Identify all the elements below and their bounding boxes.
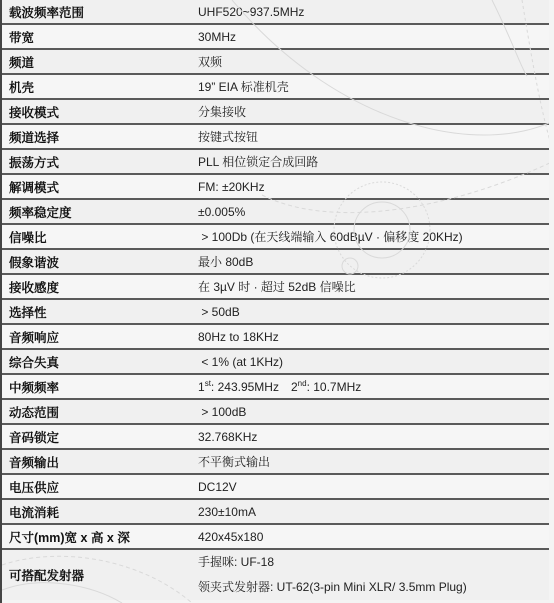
if-first-number: 1 [198,380,205,394]
spec-row-if-frequency: 中频频率 1st: 243.95MHz2nd: 10.7MHz [2,375,549,400]
spec-value: UHF520~937.5MHz [198,5,549,19]
spec-value: DC12V [198,480,549,494]
spec-value: 分集接收 [198,103,549,120]
spec-row-receive-mode: 接收模式 分集接收 [2,100,549,125]
spec-row-sensitivity: 接收感度 在 3µV 时 · 超过 52dB 信噪比 [2,275,549,300]
spec-value: ±0.005% [198,205,549,219]
spec-label: 机壳 [2,78,198,96]
spec-value: > 100dB [198,405,549,419]
spec-value: 双频 [198,53,549,70]
spec-row-channel-selection: 频道选择 按键式按钮 [2,125,549,150]
spec-value: 230±10mA [198,505,549,519]
spec-label: 音频响应 [2,328,198,346]
spec-value: 按键式按钮 [198,128,549,145]
spec-value: 19” EIA 标准机壳 [198,78,549,95]
if-first-value: : 243.95MHz [211,380,279,394]
spec-label: 动态范围 [2,403,198,421]
spec-label: 振荡方式 [2,153,198,171]
spec-label: 综合失真 [2,353,198,371]
spec-value: 420x45x180 [198,530,549,544]
spec-row-distortion: 综合失真 < 1% (at 1KHz) [2,350,549,375]
spec-value: 1st: 243.95MHz2nd: 10.7MHz [198,380,549,394]
spec-row-tone-lock: 音码锁定 32.768KHz [2,425,549,450]
spec-sheet-table: 载波频率范围 UHF520~937.5MHz 带宽 30MHz 频道 双频 机壳… [0,0,549,603]
spec-row-snr: 信噪比 > 100Db (在天线端输入 60dBµV · 偏移度 20KHz) [2,225,549,250]
spec-value: 32.768KHz [198,430,549,444]
spec-label: 电流消耗 [2,503,198,521]
spec-label: 频率稳定度 [2,203,198,221]
spec-value-handheld-mic: 手握咪: UF-18 [198,550,549,575]
spec-row-audio-response: 音频响应 80Hz to 18KHz [2,325,549,350]
spec-label: 接收感度 [2,278,198,296]
spec-row-frequency-stability: 频率稳定度 ±0.005% [2,200,549,225]
spec-label: 信噪比 [2,228,198,246]
spec-label: 假象谐波 [2,253,198,271]
spec-row-selectivity: 选择性 > 50dB [2,300,549,325]
spec-value: 不平衡式输出 [198,453,549,470]
spec-label: 载波频率范围 [2,3,198,21]
spec-row-chassis: 机壳 19” EIA 标准机壳 [2,75,549,100]
spec-row-dynamic-range: 动态范围 > 100dB [2,400,549,425]
spec-value: 30MHz [198,30,549,44]
spec-label: 尺寸(mm)宽 x 高 x 深 [2,528,198,546]
spec-label: 解调模式 [2,178,198,196]
spec-row-spurious: 假象谐波 最小 80dB [2,250,549,275]
spec-row-oscillation: 振荡方式 PLL 相位锁定合成回路 [2,150,549,175]
if-second-ordinal: nd [298,379,307,388]
spec-value: < 1% (at 1KHz) [198,355,549,369]
if-second-value: : 10.7MHz [307,380,362,394]
spec-label: 音码锁定 [2,428,198,446]
spec-label: 带宽 [2,28,198,46]
spec-label: 电压供应 [2,478,198,496]
spec-row-current-consumption: 电流消耗 230±10mA [2,500,549,525]
spec-row-audio-output: 音频输出 不平衡式输出 [2,450,549,475]
spec-value: > 100Db (在天线端输入 60dBµV · 偏移度 20KHz) [198,228,549,245]
spec-label: 选择性 [2,303,198,321]
spec-label: 频道选择 [2,128,198,146]
spec-row-dimensions: 尺寸(mm)宽 x 高 x 深 420x45x180 [2,525,549,550]
spec-row-compatible-transmitters: 可搭配发射器 手握咪: UF-18 领夹式发射器: UT-62(3-pin Mi… [2,550,549,600]
spec-label: 频道 [2,53,198,71]
spec-label: 音频输出 [2,453,198,471]
spec-label: 可搭配发射器 [2,566,198,584]
spec-value: 最小 80dB [198,253,549,270]
spec-label: 中频频率 [2,378,198,396]
spec-row-bandwidth: 带宽 30MHz [2,25,549,50]
spec-value: PLL 相位锁定合成回路 [198,153,549,170]
spec-row-carrier-frequency: 载波频率范围 UHF520~937.5MHz [2,0,549,25]
spec-value-lavalier-transmitter: 领夹式发射器: UT-62(3-pin Mini XLR/ 3.5mm Plug… [198,575,549,600]
spec-label: 接收模式 [2,103,198,121]
spec-row-demodulation: 解调模式 FM: ±20KHz [2,175,549,200]
spec-value-list: 手握咪: UF-18 领夹式发射器: UT-62(3-pin Mini XLR/… [198,550,549,600]
spec-value: 80Hz to 18KHz [198,330,549,344]
if-second-number: 2 [291,380,298,394]
spec-row-channels: 频道 双频 [2,50,549,75]
spec-row-power-supply: 电压供应 DC12V [2,475,549,500]
spec-rows: 载波频率范围 UHF520~937.5MHz 带宽 30MHz 频道 双频 机壳… [2,0,549,600]
spec-value: FM: ±20KHz [198,180,549,194]
spec-value: 在 3µV 时 · 超过 52dB 信噪比 [198,278,549,295]
spec-value: > 50dB [198,305,549,319]
